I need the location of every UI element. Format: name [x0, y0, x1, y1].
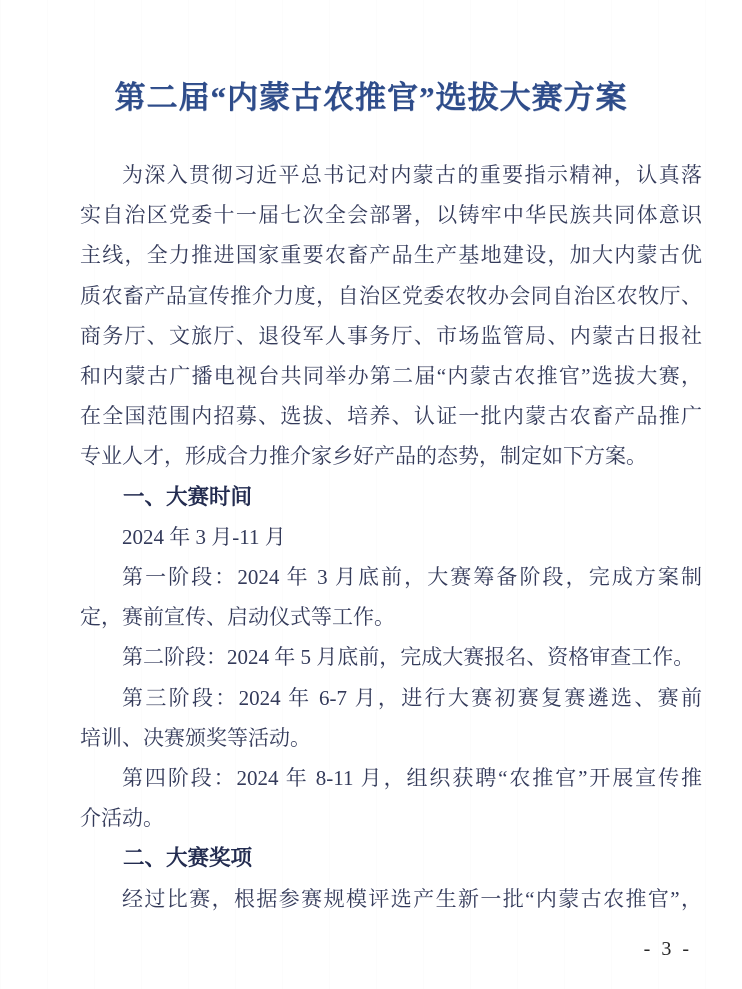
paragraph: 第二阶段：2024 年 5 月底前，完成大赛报名、资格审查工作。	[80, 637, 702, 677]
text-line: 第三阶段：2024 年 6-7 月，进行大赛初赛复赛遴选、赛前	[80, 678, 702, 718]
text-line: 培训、决赛颁奖等活动。	[80, 718, 702, 758]
document-page: 第二届“内蒙古农推官”选拔大赛方案 为深入贯彻习近平总书记对内蒙古的重要指示精神…	[0, 0, 742, 989]
section-heading: 二、大赛奖项	[80, 838, 702, 878]
document-body: 为深入贯彻习近平总书记对内蒙古的重要指示精神，认真落实自治区党委十一届七次全会部…	[80, 155, 702, 919]
text-line: 定，赛前宣传、启动仪式等工作。	[80, 597, 702, 637]
section-heading: 一、大赛时间	[80, 477, 702, 517]
text-line: 介活动。	[80, 798, 702, 838]
text-line: 实自治区党委十一届七次全会部署，以铸牢中华民族共同体意识	[80, 195, 702, 235]
text-line: 和内蒙古广播电视台共同举办第二届“内蒙古农推官”选拔大赛，	[80, 356, 702, 396]
paragraph: 经过比赛，根据参赛规模评选产生新一批“内蒙古农推官”，	[80, 879, 702, 919]
text-line: 第四阶段：2024 年 8-11 月，组织获聘“农推官”开展宣传推	[80, 758, 702, 798]
document-title: 第二届“内蒙古农推官”选拔大赛方案	[0, 72, 742, 117]
paragraph: 为深入贯彻习近平总书记对内蒙古的重要指示精神，认真落实自治区党委十一届七次全会部…	[80, 155, 702, 477]
paragraph: 第一阶段：2024 年 3 月底前，大赛筹备阶段，完成方案制定，赛前宣传、启动仪…	[80, 557, 702, 637]
text-line: 专业人才，形成合力推介家乡好产品的态势，制定如下方案。	[80, 436, 702, 476]
text-line: 在全国范围内招募、选拔、培养、认证一批内蒙古农畜产品推广	[80, 396, 702, 436]
text-line: 质农畜产品宣传推介力度，自治区党委农牧办会同自治区农牧厅、	[80, 276, 702, 316]
text-line: 一、大赛时间	[80, 477, 702, 517]
text-line: 第二阶段：2024 年 5 月底前，完成大赛报名、资格审查工作。	[80, 637, 702, 677]
text-line: 为深入贯彻习近平总书记对内蒙古的重要指示精神，认真落	[80, 155, 702, 195]
text-line: 商务厅、文旅厅、退役军人事务厅、市场监管局、内蒙古日报社	[80, 316, 702, 356]
paragraph: 第四阶段：2024 年 8-11 月，组织获聘“农推官”开展宣传推介活动。	[80, 758, 702, 838]
paragraph: 第三阶段：2024 年 6-7 月，进行大赛初赛复赛遴选、赛前培训、决赛颁奖等活…	[80, 678, 702, 758]
page-number: - 3 -	[644, 938, 692, 961]
paragraph: 2024 年 3 月-11 月	[80, 517, 702, 557]
text-line: 2024 年 3 月-11 月	[80, 517, 702, 557]
text-line: 二、大赛奖项	[80, 838, 702, 878]
text-line: 第一阶段：2024 年 3 月底前，大赛筹备阶段，完成方案制	[80, 557, 702, 597]
text-line: 经过比赛，根据参赛规模评选产生新一批“内蒙古农推官”，	[80, 879, 702, 919]
text-line: 主线，全力推进国家重要农畜产品生产基地建设，加大内蒙古优	[80, 235, 702, 275]
